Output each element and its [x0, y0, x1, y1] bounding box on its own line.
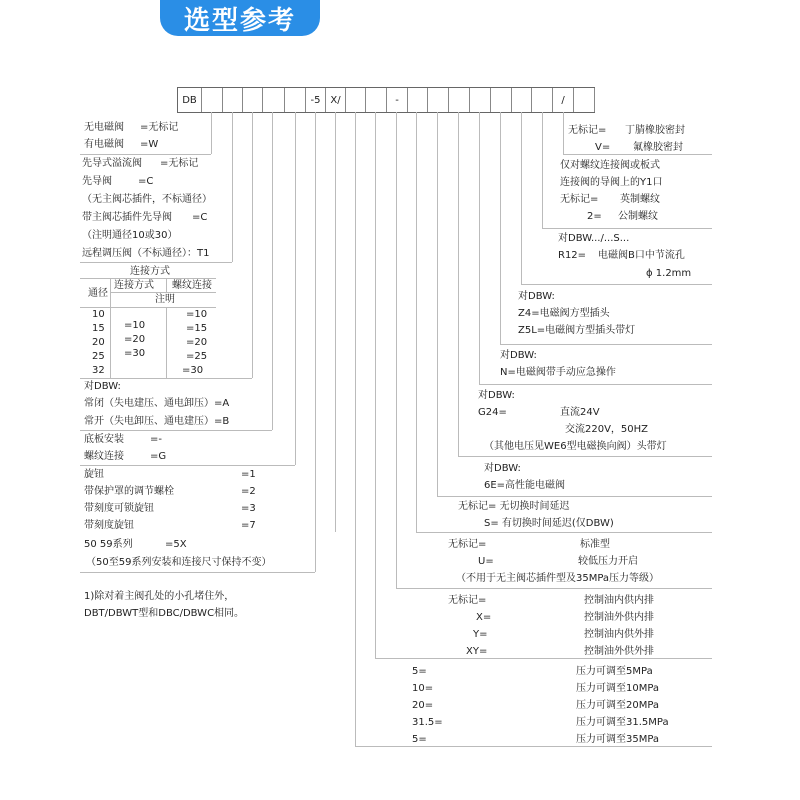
- code-cell: [532, 88, 553, 112]
- connector-line: [375, 658, 712, 659]
- code-cell: [366, 88, 387, 112]
- connector-line: [80, 572, 315, 573]
- connector-line: [416, 532, 712, 533]
- code-cell: [470, 88, 491, 112]
- connector-line: [479, 384, 712, 385]
- code-cell: [574, 88, 595, 112]
- connector-line: [521, 284, 712, 285]
- connector-line: [80, 154, 211, 155]
- connector-line: [458, 456, 712, 457]
- connector-line: [375, 112, 376, 658]
- connector-line: [355, 112, 356, 746]
- connector-line: [437, 496, 712, 497]
- connector-line: [80, 378, 252, 379]
- connector-line: [295, 112, 296, 465]
- code-cell: [243, 88, 263, 112]
- code-cell: DB: [178, 88, 202, 112]
- code-cell: X/: [326, 88, 346, 112]
- page-title: 选型参考: [160, 0, 320, 36]
- code-cell: -5: [306, 88, 326, 112]
- connector-line: [416, 112, 417, 532]
- code-cell: [223, 88, 243, 112]
- connector-line: [232, 112, 233, 262]
- connector-line: [211, 112, 212, 154]
- connector-line: [500, 112, 501, 344]
- connector-line: [437, 112, 438, 496]
- code-cell: [346, 88, 366, 112]
- code-cell: -: [387, 88, 408, 112]
- connector-line: [335, 112, 336, 532]
- code-cell: [512, 88, 532, 112]
- model-code-row: DB-5X/-/: [177, 87, 595, 113]
- connector-line: [396, 112, 397, 588]
- connector-line: [272, 112, 273, 430]
- connector-line: [80, 262, 232, 263]
- connector-line: [479, 112, 480, 384]
- connector-line: [458, 112, 459, 456]
- connector-line: [252, 112, 253, 378]
- code-cell: [408, 88, 428, 112]
- code-cell: [449, 88, 470, 112]
- connector-line: [396, 588, 712, 589]
- connector-line: [80, 430, 272, 431]
- code-cell: [263, 88, 285, 112]
- code-cell: [202, 88, 223, 112]
- code-cell: [285, 88, 306, 112]
- code-cell: [491, 88, 512, 112]
- connector-line: [80, 465, 295, 466]
- connector-line: [521, 112, 522, 284]
- connector-line: [500, 344, 712, 345]
- code-cell: /: [553, 88, 574, 112]
- code-cell: [428, 88, 449, 112]
- connector-line: [542, 228, 712, 229]
- connector-line: [542, 112, 543, 228]
- connector-line: [315, 112, 316, 572]
- connector-line: [563, 112, 564, 154]
